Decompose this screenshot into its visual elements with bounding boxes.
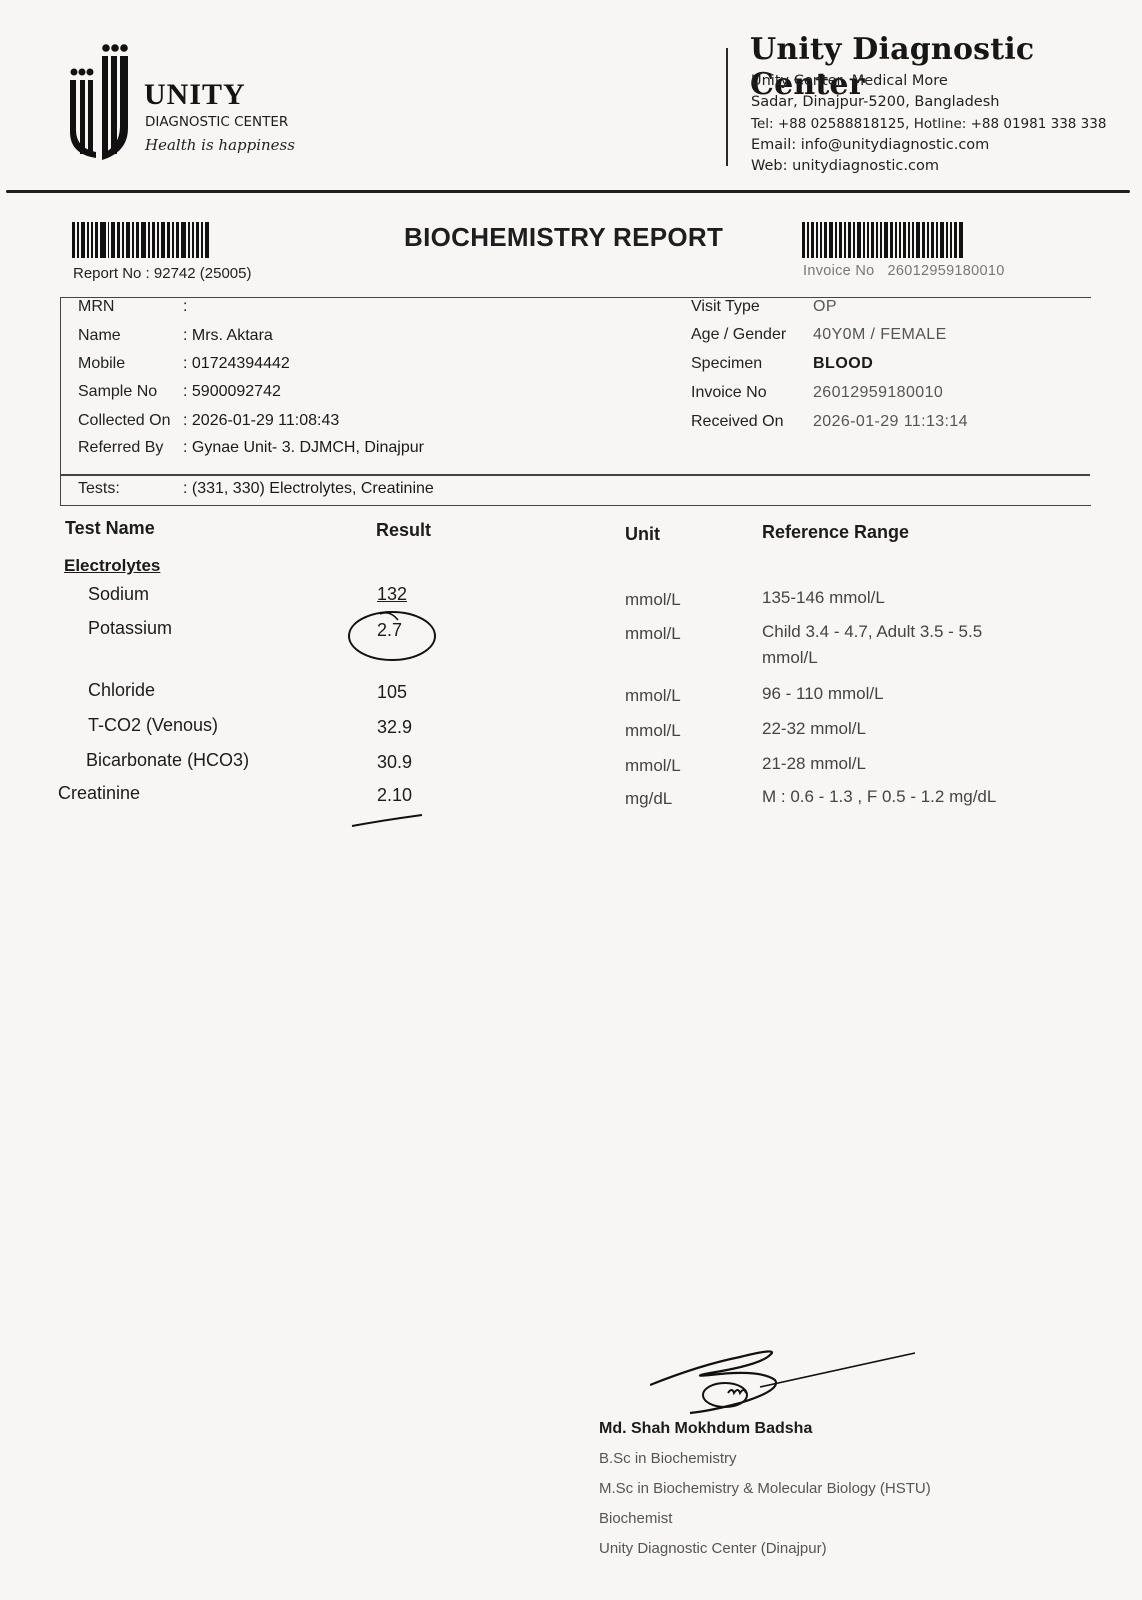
address-line: Sadar, Dinajpur-5200, Bangladesh — [751, 94, 999, 110]
test-name: Potassium — [88, 618, 172, 639]
email-line: Email: info@unitydiagnostic.com — [751, 137, 989, 153]
field-value: OP — [813, 298, 837, 316]
signatory-degree: M.Sc in Biochemistry & Molecular Biology… — [599, 1480, 931, 1497]
test-unit: mmol/L — [625, 756, 681, 776]
test-result: 132 — [377, 584, 407, 605]
test-name: Creatinine — [58, 783, 140, 804]
signatory-title: Biochemist — [599, 1510, 672, 1527]
field-label: Sample No — [78, 383, 157, 401]
field-label: MRN — [78, 298, 114, 316]
field-value: : — [183, 298, 187, 316]
patient-box-divider — [60, 474, 1090, 476]
test-reference-range: Child 3.4 - 4.7, Adult 3.5 - 5.5 — [762, 622, 982, 642]
field-value: : Gynae Unit- 3. DJMCH, Dinajpur — [183, 439, 424, 457]
col-test-name: Test Name — [65, 518, 155, 539]
test-reference-range: 96 - 110 mmol/L — [762, 684, 884, 704]
field-value: : Mrs. Aktara — [183, 327, 273, 345]
invoice-barcode — [802, 222, 965, 258]
col-reference-range: Reference Range — [762, 522, 909, 543]
field-label: Referred By — [78, 439, 163, 457]
field-label: Visit Type — [691, 298, 760, 316]
test-result: 2.10 — [377, 785, 412, 806]
signatory-organization: Unity Diagnostic Center (Dinajpur) — [599, 1540, 827, 1557]
test-unit: mmol/L — [625, 721, 681, 741]
report-title: BIOCHEMISTRY REPORT — [404, 222, 723, 253]
invoice-barcode-label: Invoice No 26012959180010 — [803, 263, 1005, 279]
web-line: Web: unitydiagnostic.com — [751, 158, 939, 174]
tests-label: Tests: — [78, 480, 120, 498]
col-unit: Unit — [625, 524, 660, 545]
test-reference-range: 22-32 mmol/L — [762, 719, 866, 739]
test-name: T-CO2 (Venous) — [88, 715, 218, 736]
field-value: BLOOD — [813, 355, 873, 373]
test-name: Chloride — [88, 680, 155, 701]
header-rule — [6, 190, 1130, 193]
field-label: Specimen — [691, 355, 762, 373]
field-value: 2026-01-29 11:13:14 — [813, 413, 968, 431]
test-result: 32.9 — [377, 717, 412, 738]
signatory-degree: B.Sc in Biochemistry — [599, 1450, 737, 1467]
field-label: Invoice No — [691, 384, 767, 402]
unity-logo-icon — [66, 42, 132, 162]
test-reference-range: 135-146 mmol/L — [762, 588, 885, 608]
header-divider — [726, 48, 728, 166]
test-reference-range: 21-28 mmol/L — [762, 754, 866, 774]
field-value: 40Y0M / FEMALE — [813, 326, 947, 344]
test-name: Sodium — [88, 584, 149, 605]
test-result: 105 — [377, 682, 407, 703]
field-value: 26012959180010 — [813, 384, 943, 402]
report-barcode — [72, 222, 211, 258]
test-unit: mmol/L — [625, 686, 681, 706]
field-label: Mobile — [78, 355, 125, 373]
field-label: Received On — [691, 413, 784, 431]
center-title: Unity Diagnostic Center — [750, 32, 1142, 102]
field-value: : 01724394442 — [183, 355, 290, 373]
test-reference-range: M : 0.6 - 1.3 , F 0.5 - 1.2 mg/dL — [762, 787, 996, 807]
potassium-circle-annotation — [340, 606, 440, 666]
field-value: : 5900092742 — [183, 383, 281, 401]
section-electrolytes: Electrolytes — [64, 556, 160, 576]
creatinine-underline-annotation — [350, 812, 425, 828]
tests-value: : (331, 330) Electrolytes, Creatinine — [183, 480, 434, 498]
field-label: Collected On — [78, 412, 171, 430]
test-name: Bicarbonate (HCO3) — [86, 750, 249, 771]
test-unit: mg/dL — [625, 789, 672, 809]
brand-subtitle: DIAGNOSTIC CENTER — [145, 114, 288, 130]
col-result: Result — [376, 520, 431, 541]
test-unit: mmol/L — [625, 590, 681, 610]
address-line: Unity Center, Medical More — [751, 73, 948, 89]
test-unit: mmol/L — [625, 624, 681, 644]
test-reference-range-cont: mmol/L — [762, 648, 818, 668]
brand-name: UNITY — [144, 78, 246, 112]
signature-icon — [650, 1345, 920, 1425]
field-label: Name — [78, 327, 121, 345]
phone-line: Tel: +88 02588818125, Hotline: +88 01981… — [751, 116, 1106, 132]
field-value: : 2026-01-29 11:08:43 — [183, 412, 339, 430]
test-result: 30.9 — [377, 752, 412, 773]
report-number: Report No : 92742 (25005) — [73, 265, 251, 282]
signatory-name: Md. Shah Mokhdum Badsha — [599, 1420, 812, 1438]
brand-tagline: Health is happiness — [145, 136, 295, 154]
field-label: Age / Gender — [691, 326, 786, 344]
